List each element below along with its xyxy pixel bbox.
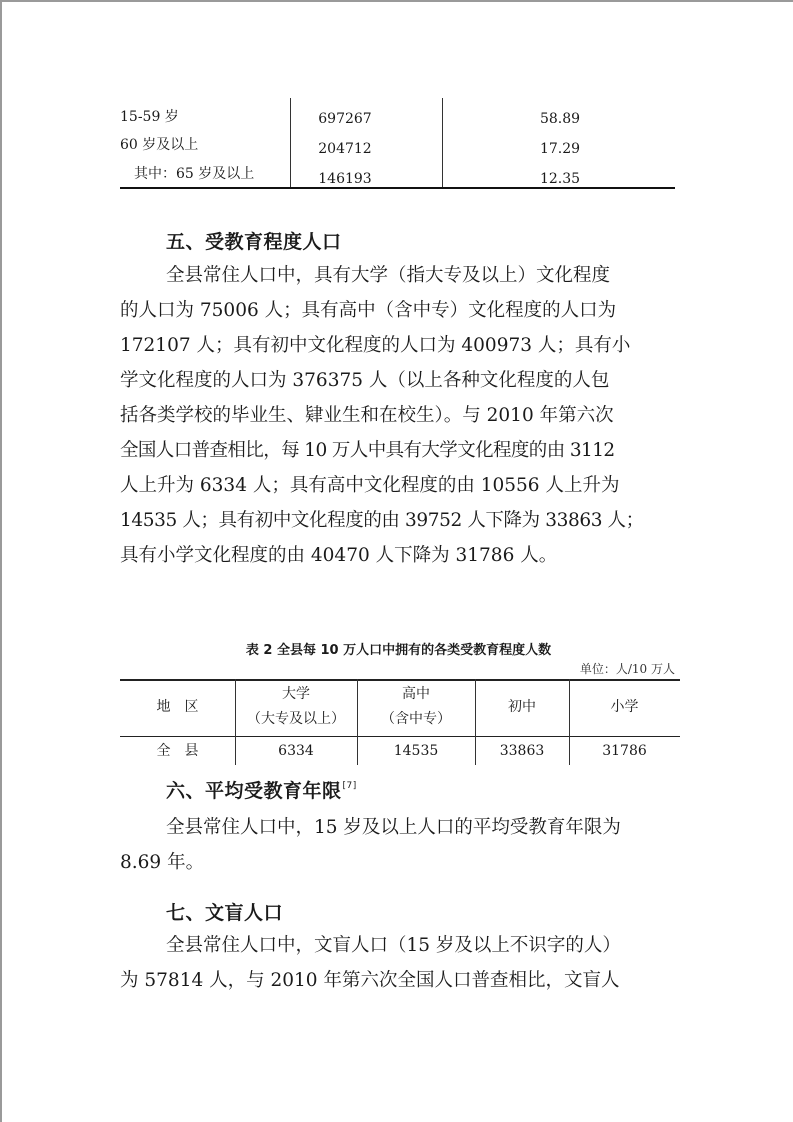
header-college-note: （大专及以上） bbox=[235, 708, 357, 730]
section-paragraph-education: 全县常住人口中，具有大学（指大专及以上）文化程度 的人口为 75006 人；具有… bbox=[120, 258, 680, 573]
paragraph-line: 学文化程度的人口为 376375 人（以上各种文化程度的人包 bbox=[120, 363, 680, 398]
paragraph-line: 全国人口普查相比，每 10 万人中具有大学文化程度的由 3112 bbox=[120, 433, 680, 468]
row-label: 60 岁及以上 bbox=[120, 136, 198, 154]
paragraph-line: 具有小学文化程度的由 40470 人下降为 31786 人。 bbox=[120, 538, 680, 573]
row-label: 其中：65 岁及以上 bbox=[134, 165, 254, 183]
header-highschool: 高中 bbox=[357, 683, 475, 705]
paragraph-line: 人上升为 6334 人；具有高中文化程度的由 10556 人上升为 bbox=[120, 468, 680, 503]
header-region: 地 区 bbox=[120, 696, 235, 718]
row-percent: 12.35 bbox=[475, 170, 645, 188]
header-highschool-note: （含中专） bbox=[357, 708, 475, 730]
value-junior: 33863 bbox=[475, 740, 569, 762]
paragraph-line: 全县常住人口中，文盲人口（15 岁及以上不识字的人） bbox=[120, 928, 680, 963]
row-region: 全 县 bbox=[120, 740, 235, 762]
row-label: 15-59 岁 bbox=[120, 108, 179, 126]
row-percent: 17.29 bbox=[475, 140, 645, 158]
value-primary: 31786 bbox=[569, 740, 680, 762]
footnote-marker[interactable]: [7] bbox=[343, 781, 357, 791]
section-heading-avg-years: 六、平均受教育年限[7] bbox=[166, 776, 357, 803]
paragraph-line: 8.69 年。 bbox=[120, 845, 680, 880]
paragraph-line: 全县常住人口中，15 岁及以上人口的平均受教育年限为 bbox=[120, 810, 680, 845]
header-college: 大学 bbox=[235, 683, 357, 705]
value-highschool: 14535 bbox=[357, 740, 475, 762]
table-top-rule bbox=[120, 679, 680, 681]
table2-unit: 单位：人/10 万人 bbox=[580, 660, 675, 677]
section-paragraph-illiteracy: 全县常住人口中，文盲人口（15 岁及以上不识字的人） 为 57814 人，与 2… bbox=[120, 928, 680, 998]
header-divider bbox=[120, 736, 680, 737]
table2-caption: 表 2 全县每 10 万人口中拥有的各类受教育程度人数 bbox=[2, 639, 793, 658]
column-divider bbox=[442, 98, 443, 188]
row-count: 204712 bbox=[260, 140, 430, 158]
header-primary: 小学 bbox=[569, 696, 680, 718]
row-count: 697267 bbox=[260, 110, 430, 128]
section-paragraph-avg-years: 全县常住人口中，15 岁及以上人口的平均受教育年限为 8.69 年。 bbox=[120, 810, 680, 880]
age-table-continuation: 15-59 岁 697267 58.89 60 岁及以上 204712 17.2… bbox=[120, 98, 675, 190]
paragraph-line: 172107 人；具有初中文化程度的人口为 400973 人；具有小 bbox=[120, 328, 680, 363]
value-college: 6334 bbox=[235, 740, 357, 762]
document-page: 15-59 岁 697267 58.89 60 岁及以上 204712 17.2… bbox=[0, 0, 793, 1122]
paragraph-line: 全县常住人口中，具有大学（指大专及以上）文化程度 bbox=[120, 258, 680, 293]
section-heading-illiteracy: 七、文盲人口 bbox=[166, 898, 283, 925]
row-percent: 58.89 bbox=[475, 110, 645, 128]
paragraph-line: 的人口为 75006 人；具有高中（含中专）文化程度的人口为 bbox=[120, 293, 680, 328]
paragraph-line: 括各类学校的毕业生、肄业生和在校生）。与 2010 年第六次 bbox=[120, 398, 680, 433]
heading-text: 六、平均受教育年限 bbox=[166, 780, 342, 802]
section-heading-education: 五、受教育程度人口 bbox=[166, 227, 342, 254]
paragraph-line: 为 57814 人，与 2010 年第六次全国人口普查相比，文盲人 bbox=[120, 963, 680, 998]
education-per-100k-table: 地 区 大学 （大专及以上） 高中 （含中专） 初中 小学 全 县 6334 1… bbox=[120, 679, 680, 767]
header-junior: 初中 bbox=[475, 696, 569, 718]
paragraph-line: 14535 人；具有初中文化程度的由 39752 人下降为 33863 人； bbox=[120, 503, 680, 538]
row-count: 146193 bbox=[260, 170, 430, 188]
